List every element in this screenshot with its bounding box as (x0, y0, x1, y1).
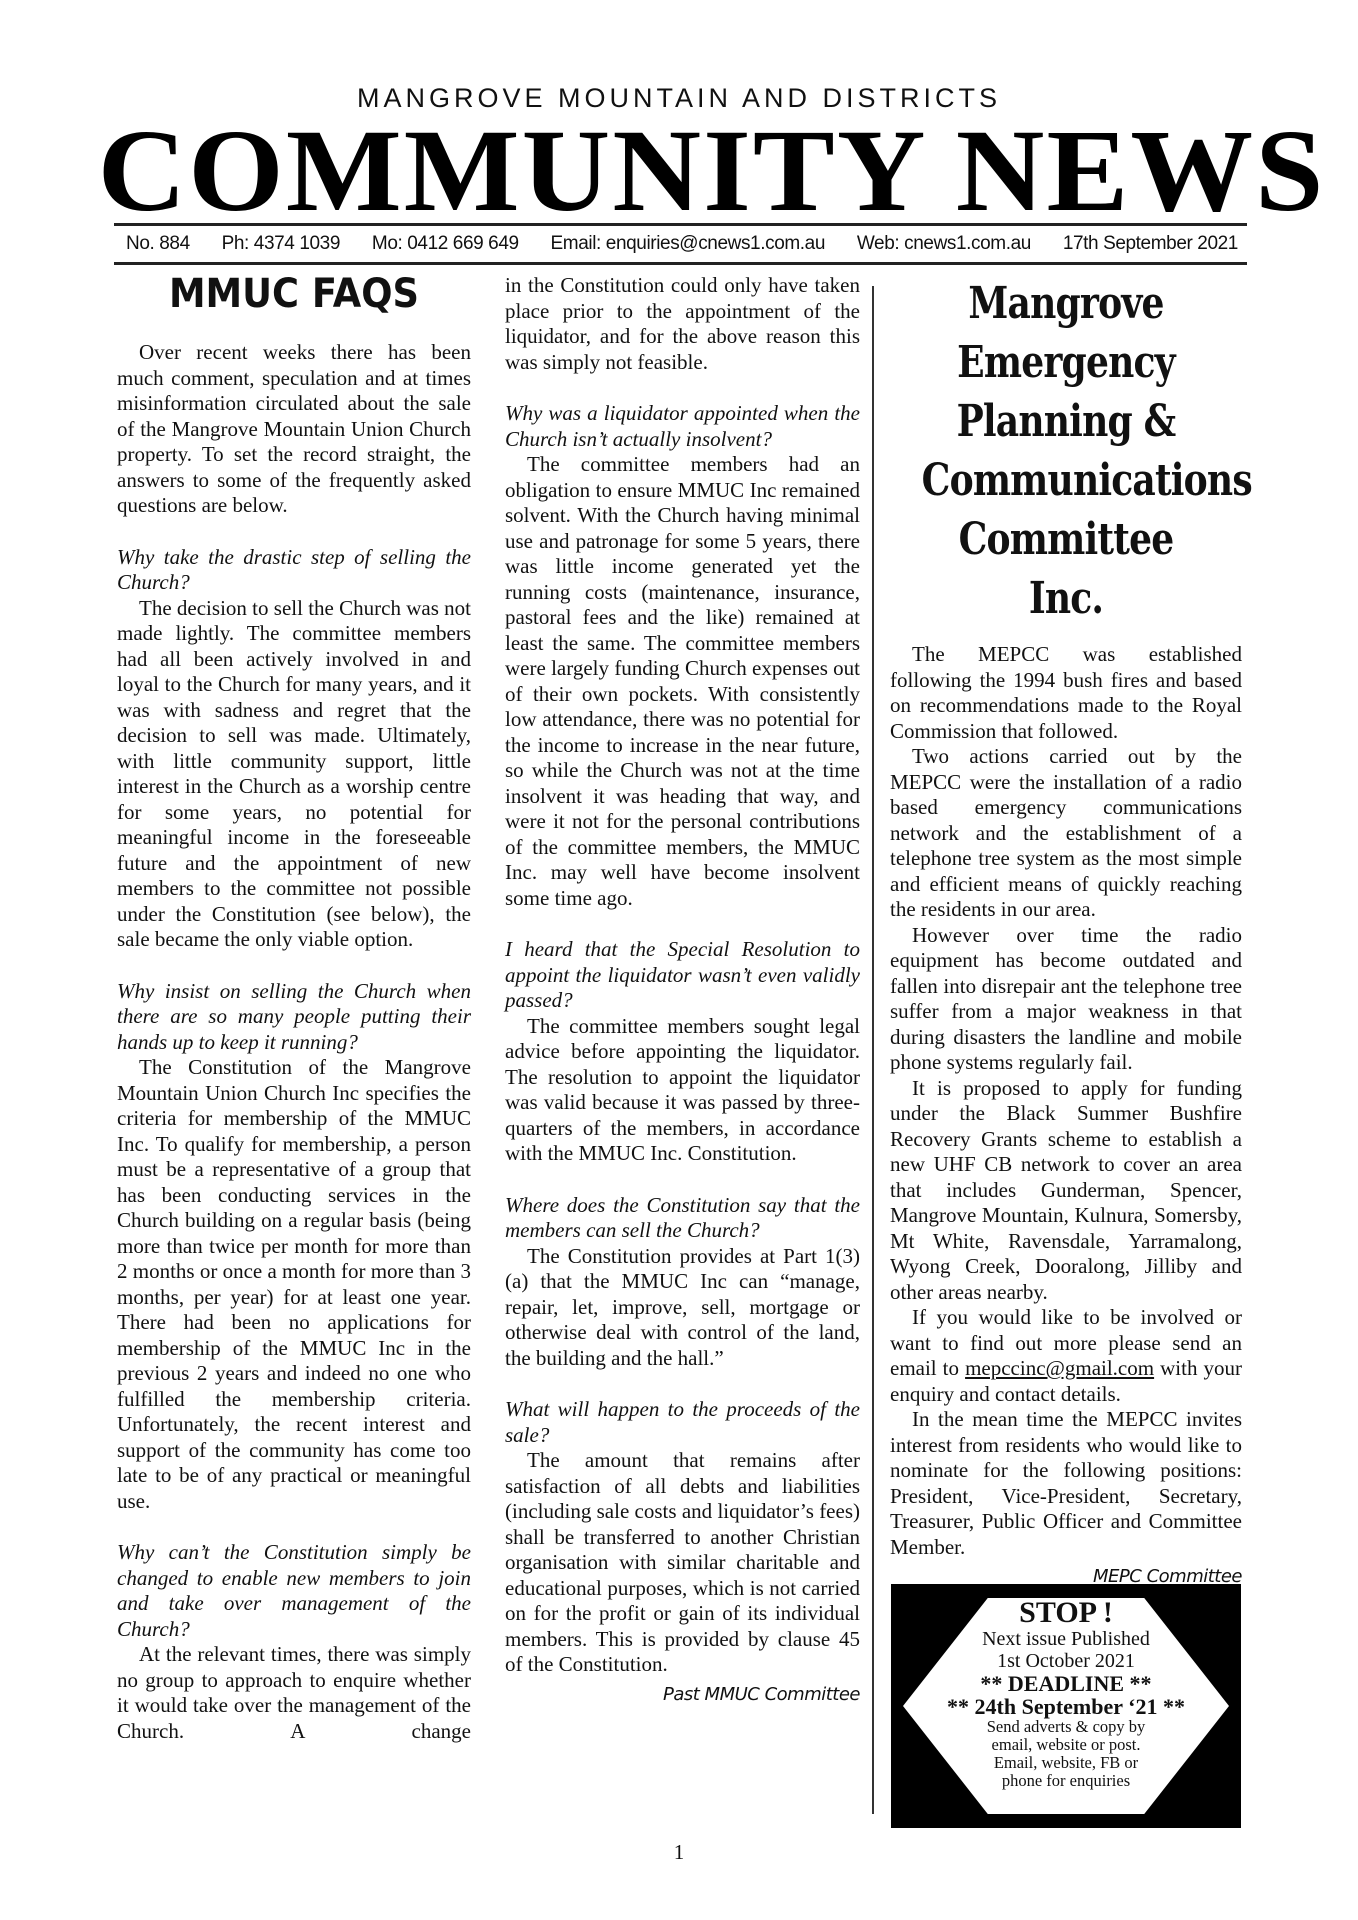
faq-answer: The Constitution provides at Part 1(3) (… (505, 1244, 860, 1372)
next-issue-label: Next issue Published (891, 1628, 1241, 1650)
deadline-notice-text: STOP ! Next issue Published 1st October … (891, 1598, 1241, 1790)
faq-question: Why was a liquidator appointed when the … (505, 401, 860, 452)
stop-title: STOP ! (891, 1598, 1241, 1628)
deadline-notice-box: STOP ! Next issue Published 1st October … (891, 1584, 1241, 1828)
faq-intro: Over recent weeks there has been much co… (117, 340, 471, 519)
contact-email[interactable]: Email: enquiries@cnews1.com.au (551, 233, 825, 255)
faq-question: Where does the Constitution say that the… (505, 1193, 860, 1244)
deadline-date: ** 24th September ‘21 ** (891, 1695, 1241, 1718)
faq-signature: Past MMUC Committee (505, 1682, 860, 1708)
faq-answer: At the relevant times, there was simply … (117, 1642, 471, 1744)
enquiry-info: phone for enquiries (891, 1772, 1241, 1790)
faq-question: What will happen to the proceeds of the … (505, 1397, 860, 1448)
mepcc-heading-line: Planning & (922, 392, 1211, 451)
faq-answer: The committee members had an obligation … (505, 452, 860, 911)
submission-info: Send adverts & copy by (891, 1718, 1241, 1736)
mepcc-heading-line: Committee Inc. (922, 510, 1211, 628)
next-issue-date: 1st October 2021 (891, 1650, 1241, 1672)
masthead-rule-bottom (114, 262, 1247, 265)
phone-number: Ph: 4374 1039 (222, 233, 340, 255)
mepcc-paragraph: Two actions carried out by the MEPCC wer… (890, 744, 1242, 923)
website[interactable]: Web: cnews1.com.au (857, 233, 1031, 255)
mobile-number: Mo: 0412 669 649 (372, 233, 519, 255)
mepcc-heading-line: Communications (922, 451, 1211, 510)
faq-answer: The decision to sell the Church was not … (117, 596, 471, 953)
faq-answer: The committee members sought legal advic… (505, 1014, 860, 1167)
faq-column-2: in the Constitution could only have take… (505, 273, 860, 1707)
issue-date: 17th September 2021 (1063, 233, 1238, 255)
masthead-title: COMMUNITY NEWS (98, 112, 1263, 230)
page-number: 1 (0, 1840, 1358, 1865)
mepcc-contact-paragraph: If you would like to be involved or want… (890, 1305, 1242, 1407)
faq-question: Why take the drastic step of selling the… (117, 545, 471, 596)
faq-answer: The Constitution of the Mangrove Mountai… (117, 1055, 471, 1514)
submission-info: email, website or post. (891, 1736, 1241, 1754)
masthead-rule-top (114, 223, 1247, 226)
faq-question: I heard that the Special Resolution to a… (505, 937, 860, 1014)
mepcc-heading-line: Emergency (922, 333, 1211, 392)
faq-answer-continued: in the Constitution could only have take… (505, 273, 860, 375)
column-divider (872, 286, 874, 1814)
faq-column-1: MMUC FAQS Over recent weeks there has be… (117, 270, 471, 1744)
faq-question: Why insist on selling the Church when th… (117, 979, 471, 1056)
enquiry-info: Email, website, FB or (891, 1754, 1241, 1772)
issue-number: No. 884 (126, 233, 190, 255)
mepcc-heading-line: Mangrove (922, 274, 1211, 333)
faq-answer: The amount that remains after satisfacti… (505, 1448, 860, 1678)
faq-question: Why can’t the Constitution simply be cha… (117, 1540, 471, 1642)
newsletter-page: MANGROVE MOUNTAIN AND DISTRICTS COMMUNIT… (0, 0, 1358, 1920)
mepcc-paragraph: It is proposed to apply for funding unde… (890, 1076, 1242, 1306)
mepcc-paragraph: However over time the radio equipment ha… (890, 923, 1242, 1076)
mepcc-email-link[interactable]: mepccinc@gmail.com (965, 1356, 1154, 1380)
faq-article-heading: MMUC FAQS (131, 270, 457, 318)
issue-info-bar: No. 884 Ph: 4374 1039 Mo: 0412 669 649 E… (126, 230, 1238, 258)
mepcc-column: Mangrove Emergency Planning & Communicat… (890, 274, 1242, 1590)
mepcc-paragraph: In the mean time the MEPCC invites inter… (890, 1407, 1242, 1560)
deadline-label: ** DEADLINE ** (891, 1672, 1241, 1695)
mepcc-article-heading: Mangrove Emergency Planning & Communicat… (922, 274, 1211, 628)
mepcc-paragraph: The MEPCC was established following the … (890, 642, 1242, 744)
